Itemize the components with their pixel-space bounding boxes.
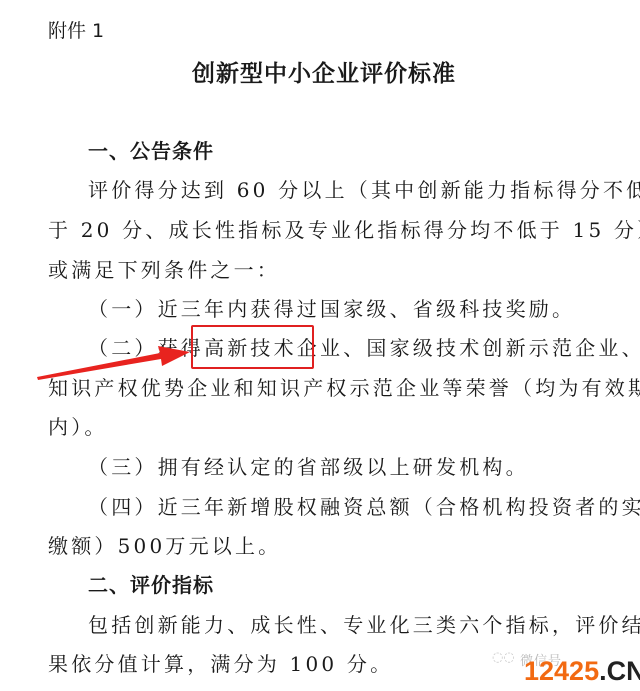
wechat-icon: ◌◌ <box>492 650 515 665</box>
watermark-site: 12425.CN <box>524 656 640 687</box>
arrow-icon <box>0 0 640 691</box>
watermark: ◌◌ 微信号 12425.CN <box>492 650 640 684</box>
